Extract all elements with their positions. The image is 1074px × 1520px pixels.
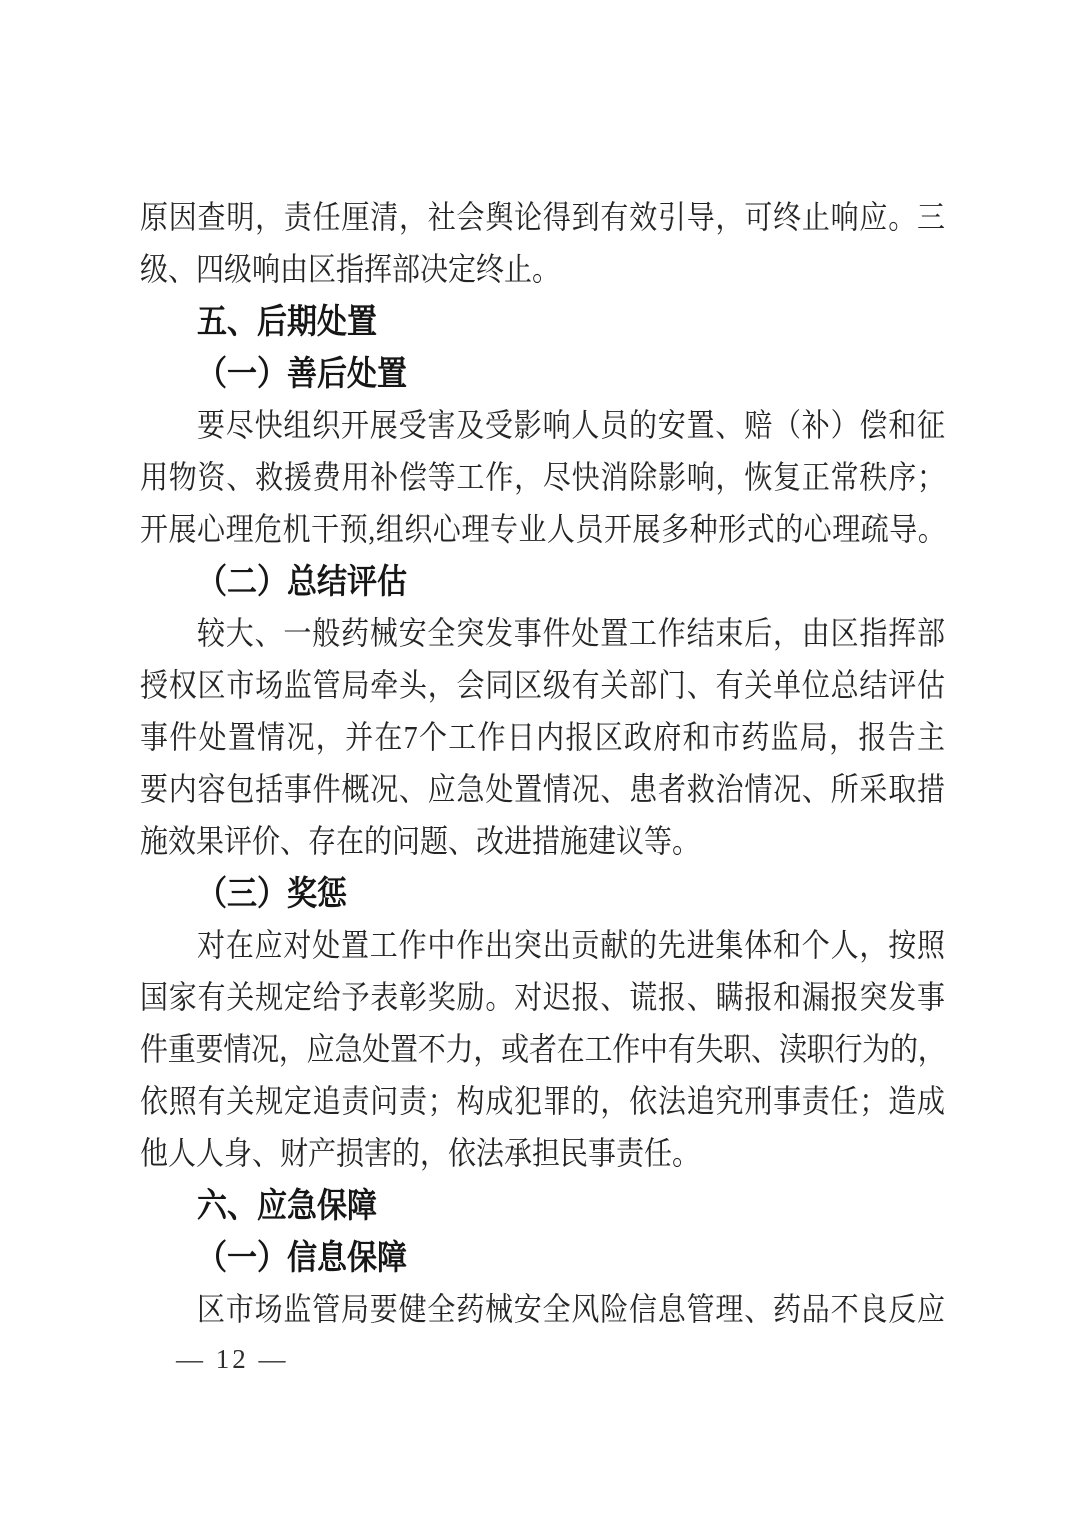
text-line: 较大、一般药械安全突发事件处置工作结束后，由区指挥部 xyxy=(140,606,945,665)
text-line: 事件处置情况，并在7个工作日内报区政府和市药监局，报告主 xyxy=(140,710,945,769)
text-line: 开展心理危机干预,组织心理专业人员开展多种形式的心理疏导。 xyxy=(140,502,945,561)
subsection-heading: （二）总结评估 xyxy=(140,554,945,613)
text-line: 对在应对处置工作中作出突出贡献的先进集体和个人，按照 xyxy=(140,918,945,977)
text-line: 国家有关规定给予表彰奖励。对迟报、谎报、瞒报和漏报突发事 xyxy=(140,970,945,1029)
subsection-heading: （一）信息保障 xyxy=(140,1230,945,1289)
section-heading: 五、后期处置 xyxy=(140,294,945,353)
document-page: 原因查明，责任厘清，社会舆论得到有效引导，可终止响应。三级、四级响由区指挥部决定… xyxy=(0,0,1074,1520)
document-body: 原因查明，责任厘清，社会舆论得到有效引导，可终止响应。三级、四级响由区指挥部决定… xyxy=(140,193,945,1337)
text-line: 施效果评价、存在的问题、改进措施建议等。 xyxy=(140,814,945,873)
text-line: 用物资、救援费用补偿等工作，尽快消除影响，恢复正常秩序； xyxy=(140,450,945,509)
text-line: 依照有关规定追责问责；构成犯罪的，依法追究刑事责任；造成 xyxy=(140,1074,945,1133)
section-heading: 六、应急保障 xyxy=(140,1178,945,1237)
text-line: 他人人身、财产损害的，依法承担民事责任。 xyxy=(140,1126,945,1185)
text-line: 级、四级响由区指挥部决定终止。 xyxy=(140,242,945,301)
text-line: 要内容包括事件概况、应急处置情况、患者救治情况、所采取措 xyxy=(140,762,945,821)
subsection-heading: （三）奖惩 xyxy=(140,866,945,925)
text-line: 要尽快组织开展受害及受影响人员的安置、赔（补）偿和征 xyxy=(140,398,945,457)
subsection-heading: （一）善后处置 xyxy=(140,346,945,405)
text-line: 原因查明，责任厘清，社会舆论得到有效引导，可终止响应。三 xyxy=(140,190,945,249)
text-line: 授权区市场监管局牵头，会同区级有关部门、有关单位总结评估 xyxy=(140,658,945,717)
text-line: 区市场监管局要健全药械安全风险信息管理、药品不良反应 xyxy=(140,1282,945,1341)
text-line: 件重要情况，应急处置不力，或者在工作中有失职、渎职行为的， xyxy=(140,1022,945,1081)
page-number: — 12 — xyxy=(176,1344,289,1374)
